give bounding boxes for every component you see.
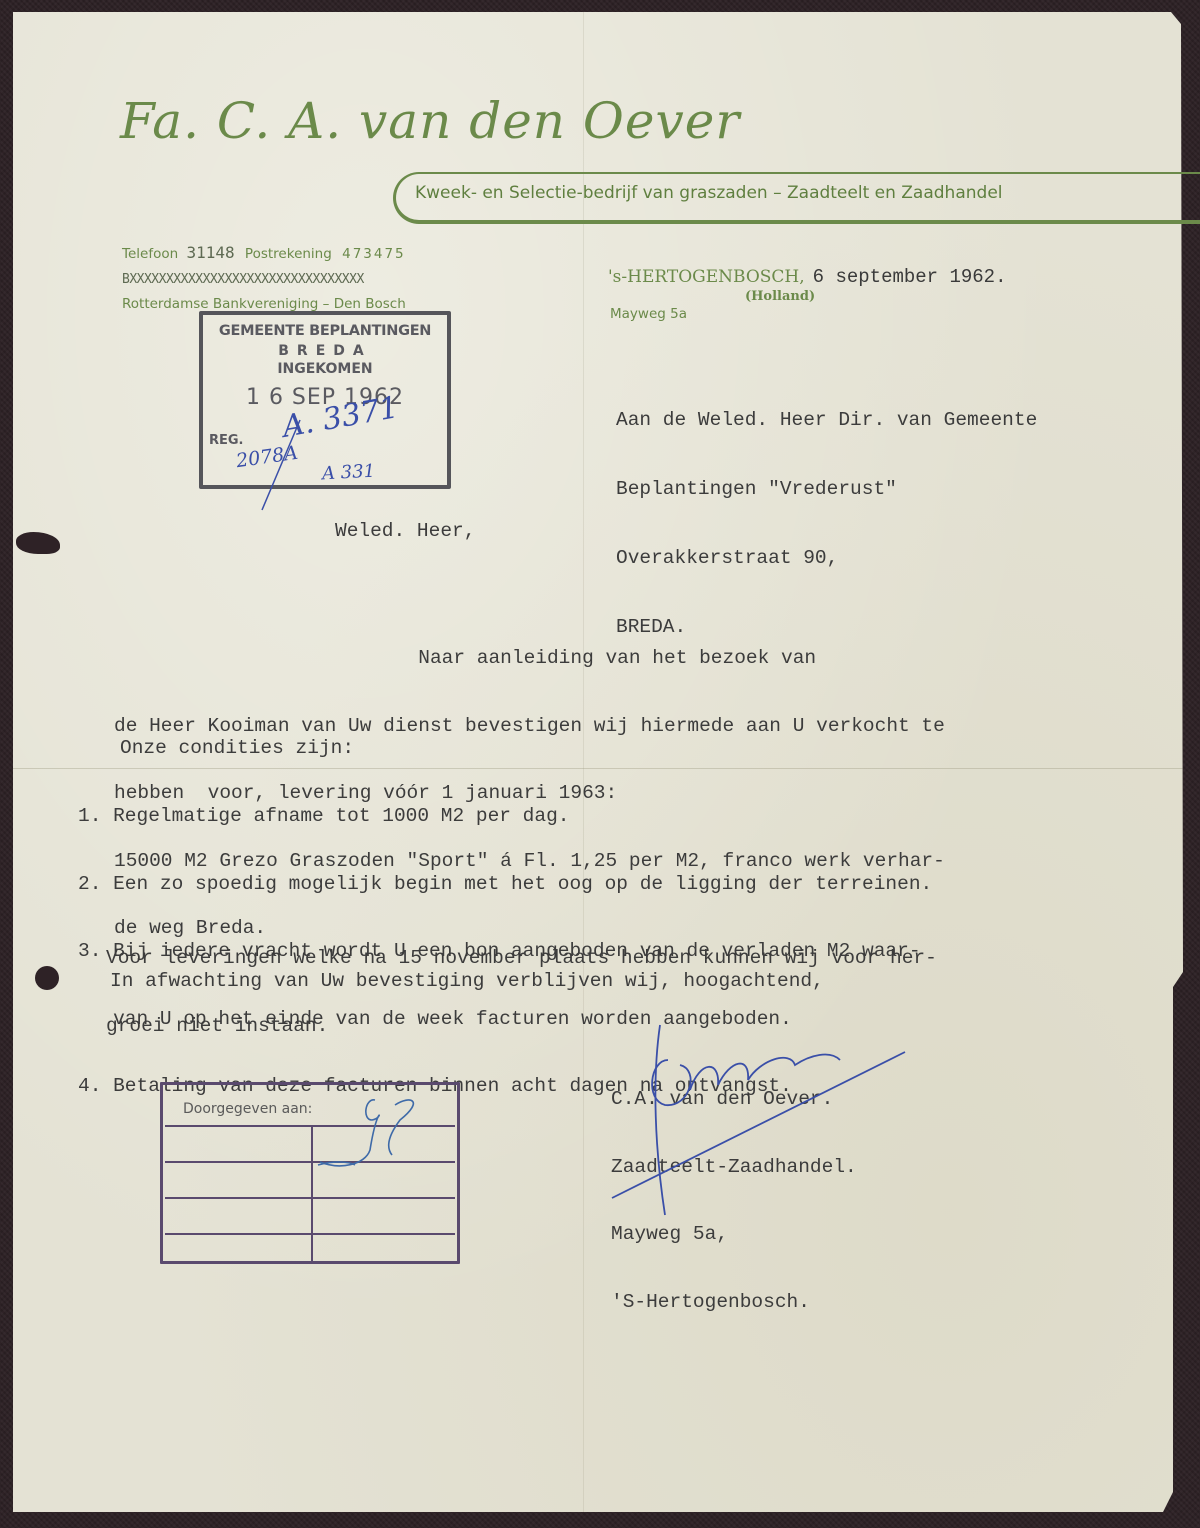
condition-item: 2. Een zo spoedig mogelijk begin met het… (78, 873, 932, 896)
signature-line: Zaadteelt-Zaadhandel. (611, 1156, 857, 1179)
company-name: Fa. C. A. van den Oever (120, 92, 740, 150)
handwritten-ref: A 331 (321, 461, 375, 485)
telefoon-number: 31148 (186, 243, 234, 262)
stamp-line-3: INGEKOMEN (203, 361, 447, 377)
recipient-line: Beplantingen "Vrederust" (616, 478, 1037, 501)
street-address: Mayweg 5a (610, 306, 687, 322)
punch-hole (35, 966, 59, 990)
stamp-row-divider (165, 1233, 455, 1235)
signature-line: 'S-Hertogenbosch. (611, 1291, 857, 1314)
place-date-line: 's-HERTOGENBOSCH, 6 september 1962. (608, 266, 1007, 288)
telefoon-label: Telefoon (122, 246, 178, 262)
signature-line: Mayweg 5a, (611, 1223, 857, 1246)
conditions-heading: Onze condities zijn: (120, 737, 354, 760)
closing: In afwachting van Uw bevestiging verblij… (110, 970, 824, 993)
signature-block: C.A. van den Oever. Zaadteelt-Zaadhandel… (611, 1043, 857, 1336)
body-line: groei niet instaan. (106, 1015, 937, 1038)
stamp-line-1: GEMEENTE BEPLANTINGEN (203, 323, 447, 339)
struck-out-line: BXXXXXXXXXXXXXXXXXXXXXXXXXXXXXXXX (122, 267, 406, 292)
signature-line: C.A. van den Oever. (611, 1088, 857, 1111)
city: 's-HERTOGENBOSCH, (608, 267, 805, 287)
letter-date: 6 september 1962. (813, 266, 1007, 288)
body-line: Voor leveringen welke na 15 november pla… (106, 947, 937, 970)
recipient-line: Aan de Weled. Heer Dir. van Gemeente (616, 409, 1037, 432)
country: (Holland) (745, 289, 815, 304)
body-line: de Heer Kooiman van Uw dienst bevestigen… (114, 715, 945, 738)
stamp-line-2: BREDA (203, 343, 447, 359)
recipient-line: Overakkerstraat 90, (616, 547, 1037, 570)
forwarded-to-stamp: Doorgegeven aan: (160, 1082, 460, 1264)
body-line: Naar aanleiding van het bezoek van (114, 647, 945, 670)
condition-item: 1. Regelmatige afname tot 1000 M2 per da… (78, 805, 932, 828)
stamp-row-divider (165, 1125, 455, 1127)
postrekening-number: 473475 (342, 246, 406, 262)
sender-info: Telefoon 31148 Postrekening 473475 BXXXX… (122, 240, 406, 317)
stamp-row-divider (165, 1197, 455, 1199)
stamp-reg-label: REG. (209, 433, 244, 448)
company-tagline: Kweek- en Selectie-bedrijf van graszaden… (415, 183, 1003, 203)
stamp-row-divider (165, 1161, 455, 1163)
postrekening-label: Postrekening (245, 246, 332, 262)
stamp-column-divider (311, 1125, 313, 1261)
phone-row: Telefoon 31148 Postrekening 473475 (122, 240, 406, 267)
forwarded-to-label: Doorgegeven aan: (183, 1101, 312, 1117)
salutation: Weled. Heer, (335, 520, 475, 543)
